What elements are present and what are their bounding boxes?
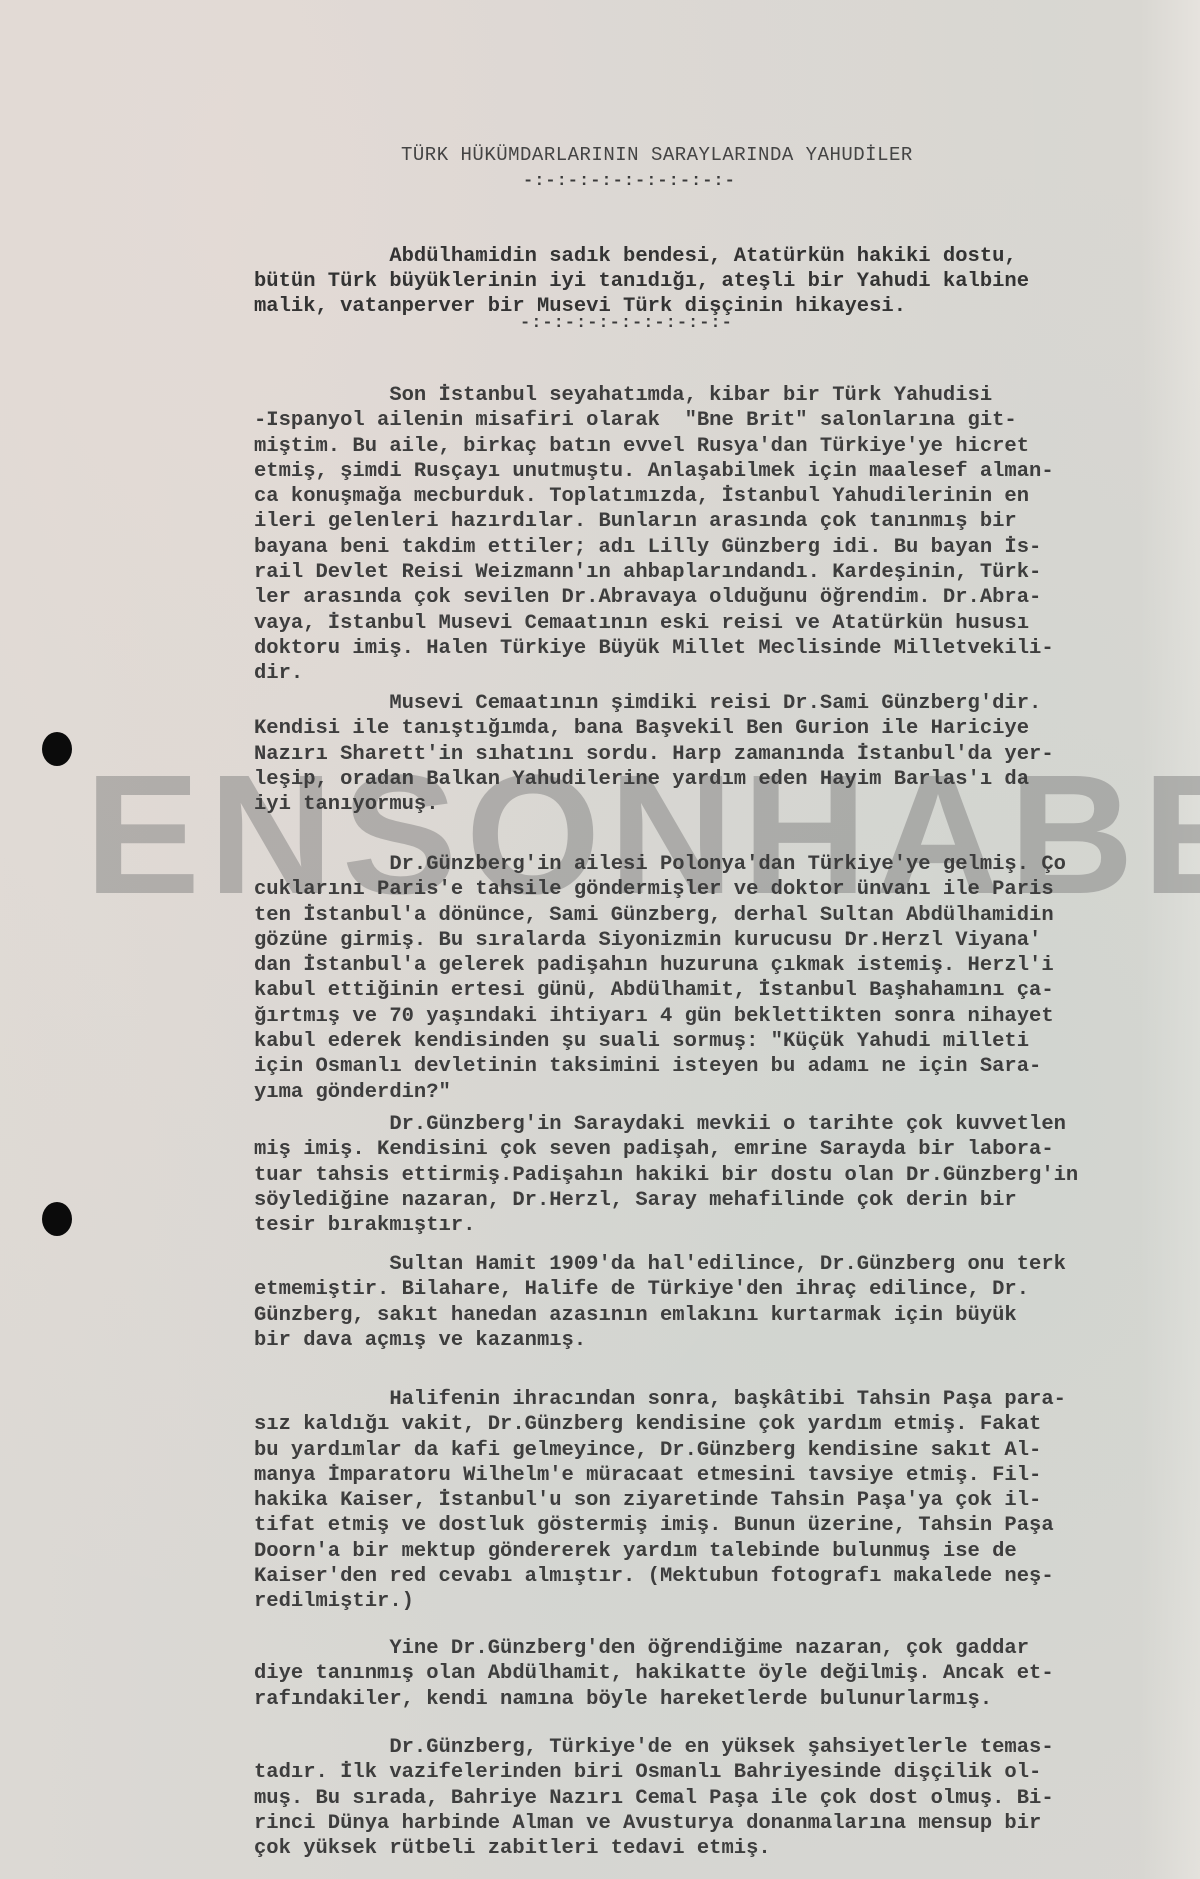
intro-separator: -:-:-:-:-:-:-:-:-:- <box>520 314 733 333</box>
paragraph: Halifenin ihracından sonra, başkâtibi Ta… <box>254 1387 1199 1615</box>
title-separator: -:-:-:-:-:-:-:-:-:- <box>523 172 736 191</box>
document-title: TÜRK HÜKÜMDARLARININ SARAYLARINDA YAHUDİ… <box>401 144 913 166</box>
punch-hole <box>42 1202 72 1236</box>
intro-subtitle: Abdülhamidin sadık bendesi, Atatürkün ha… <box>254 244 1184 319</box>
paragraph: Sultan Hamit 1909'da hal'edilince, Dr.Gü… <box>254 1252 1199 1353</box>
punch-hole <box>42 732 72 766</box>
paragraph: Dr.Günzberg, Türkiye'de en yüksek şahsiy… <box>254 1735 1199 1861</box>
paragraph: Dr.Günzberg'in ailesi Polonya'dan Türkiy… <box>254 852 1199 1105</box>
paragraph: Musevi Cemaatının şimdiki reisi Dr.Sami … <box>254 691 1199 817</box>
paragraph: Son İstanbul seyahatımda, kibar bir Türk… <box>254 383 1199 687</box>
paragraph: Yine Dr.Günzberg'den öğrendiğime nazaran… <box>254 1636 1199 1712</box>
paragraph: Dr.Günzberg'in Saraydaki mevkii o tariht… <box>254 1112 1199 1238</box>
